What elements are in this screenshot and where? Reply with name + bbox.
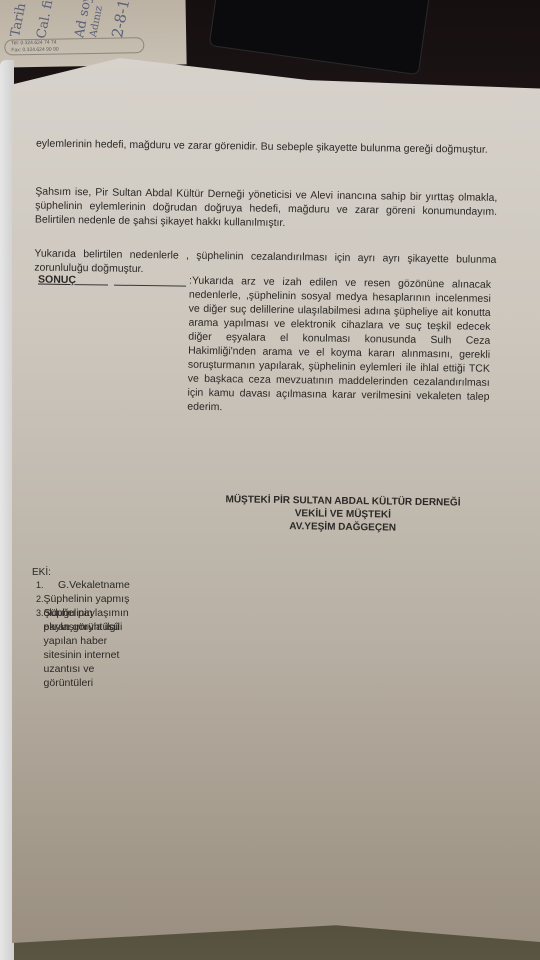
handwriting: Cal. fi	[34, 0, 56, 40]
signature-block: MÜŞTEKİ PİR SULTAN ABDAL KÜLTÜR DERNEĞİ …	[198, 493, 489, 536]
stamp-fax: Fax: 0.324.624 90 90	[11, 45, 143, 54]
handwriting: 2-8-12	[108, 0, 135, 39]
paragraph: Şahsım ise, Pir Sultan Abdal Kültür Dern…	[35, 185, 498, 233]
stamp: Tel: 0.324.624 74 74 Fax: 0.324.624 90 9…	[4, 37, 144, 55]
handwriting: Tarih	[8, 2, 29, 38]
page-edge	[0, 60, 14, 960]
conclusion-text: :Yukarıda arz ve izah edilen ve resen gö…	[187, 274, 491, 418]
sticky-note: Tarih Cal. fi Ad soyad Adınız 2-8-12 Tel…	[0, 0, 187, 68]
attachments-list: 1.G.Vekaletname 2.Şüphelinin yapmış oldu…	[36, 578, 130, 620]
attachment-item: 1.G.Vekaletname	[36, 578, 130, 592]
attachment-item: 2.Şüphelinin yapmış olduğu paylaşımın ek…	[36, 592, 130, 606]
conclusion-label: SONUÇ	[38, 273, 76, 288]
attachment-item: 3.Şüphelinin paylaşımıyla ilgili yapılan…	[36, 606, 130, 620]
